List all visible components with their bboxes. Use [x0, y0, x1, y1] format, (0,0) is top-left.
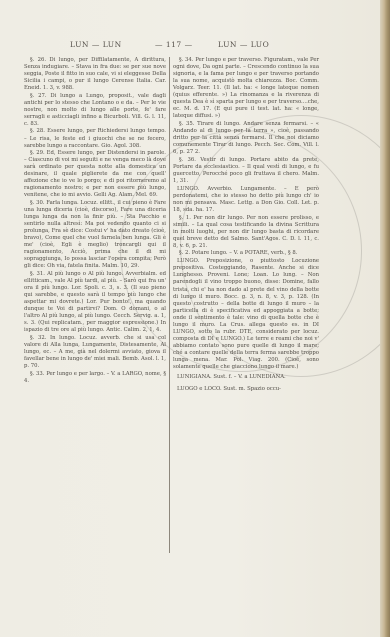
entry-s35: §. 35. Tirare di lungo. Andare senza fer… — [173, 121, 319, 156]
entry-s34: §. 34. Per lungo e per traverso. Figurat… — [173, 57, 319, 120]
entry-s36: §. 36. Vestir di lungo. Portare abito da… — [173, 157, 319, 185]
entry-s1-per-non-dir-lungo: §. 1. Per non dir lungo. Per non essere … — [173, 215, 319, 250]
scanned-page: LUN — LUN — 117 — LUN — LUO §. 26. Di lu… — [0, 0, 380, 637]
entry-s27: §. 27. Di lungo a Lungo, proposit., vale… — [24, 93, 166, 128]
entry-s31: §. 31. Al più lungo o Al più lungo. Avve… — [24, 271, 166, 334]
entry-lunigiana: LUNIGIANA. Sust. f. – V. a LUNEDIANA. — [173, 374, 319, 381]
entry-s33: §. 33. Per lungo e per largo. – V. a LAR… — [24, 371, 166, 385]
entry-s28: §. 28. Essere lungo, per Richiedersi lun… — [24, 128, 166, 149]
header-right-guide: LUN — LUO — [218, 40, 269, 49]
right-column: §. 34. Per lungo e per traverso. Figurat… — [173, 57, 319, 394]
header-left-guide: LUN — LUN — [70, 40, 122, 49]
left-column: §. 26. Di lungo, per Diffilatamente, A d… — [24, 57, 166, 385]
entry-s30: §. 30. Farla lunga. Locuz. ellitt., il c… — [24, 200, 166, 270]
entry-s26: §. 26. Di lungo, per Diffilatamente, A d… — [24, 57, 166, 92]
running-header: LUN — LUN — 117 — LUN — LUO — [60, 40, 300, 52]
entry-s2-potare-lungo: §. 2. Potare lungo. – V. a POTARE, verb.… — [173, 250, 319, 257]
page-number: — 117 — — [155, 40, 193, 49]
entry-luogo: LUOGO e LOCO. Sust. m. Spazio occu- — [173, 386, 319, 393]
entry-s29: §. 29. Ed, Essere lungo, per Distendersi… — [24, 150, 166, 199]
entry-s32: §. 32. In lungo. Locuz. avverb. che si u… — [24, 335, 166, 370]
column-divider — [169, 57, 170, 553]
entry-lungo-adverb: LUNGO. Avverbio. Lungamente. – E però pe… — [173, 186, 319, 214]
entry-lungo-preposition: LUNGO. Preposizione, o piuttosto Locuzio… — [173, 258, 319, 371]
page-edge-binding — [380, 0, 390, 637]
